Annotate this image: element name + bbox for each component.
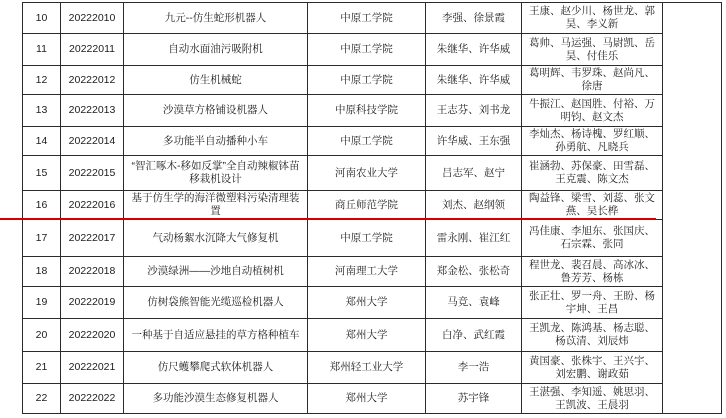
cell-no: 16 — [23, 191, 61, 220]
cell-university: 河南理工大学 — [308, 257, 426, 287]
cell-members: 程世龙、裴召晨、高冰冰、鲁芳芳、杨栋 — [522, 257, 663, 287]
table-row: 1120222011自动水面油污吸附机中原工学院朱继华、许华威葛帅、马运强、马尉… — [23, 34, 722, 66]
table-row: 1620222016基于仿生学的海洋微塑料污染清理装置商丘师范学院刘杰、赵纲领陶… — [23, 191, 722, 220]
project-table: 1020222010九元--仿生蛇形机器人中原工学院李强、徐景霞王康、赵少川、杨… — [22, 2, 722, 414]
cell-advisors: 吕志军、赵宁 — [426, 156, 522, 191]
cell-name: 沙漠绿洲——沙地自动植树机 — [124, 257, 308, 287]
cell-university: 郑州轻工业大学 — [308, 352, 426, 384]
cell-name: 基于仿生学的海洋微塑料污染清理装置 — [124, 191, 308, 220]
document-page: 1020222010九元--仿生蛇形机器人中原工学院李强、徐景霞王康、赵少川、杨… — [0, 0, 726, 418]
cell-members: 葛帅、马运强、马尉凯、岳昊、付佳乐 — [522, 34, 663, 66]
cell-id: 20222017 — [61, 220, 124, 257]
cell-members: 黄国豪、张株宇、王兴宇、刘宏鹏、谢政茹 — [522, 352, 663, 384]
cell-no: 13 — [23, 95, 61, 127]
cell-university: 中原工学院 — [308, 220, 426, 257]
cell-name: 九元--仿生蛇形机器人 — [124, 3, 308, 34]
cell-university: 郑州大学 — [308, 384, 426, 414]
cell-university: 中原工学院 — [308, 3, 426, 34]
project-table-body: 1020222010九元--仿生蛇形机器人中原工学院李强、徐景霞王康、赵少川、杨… — [23, 3, 722, 414]
cell-id: 20222013 — [61, 95, 124, 127]
cell-id: 20222018 — [61, 257, 124, 287]
cell-advisors: 郑金松、张松奇 — [426, 257, 522, 287]
cell-university: 商丘师范学院 — [308, 191, 426, 220]
cell-id: 20222016 — [61, 191, 124, 220]
cell-university: 河南农业大学 — [308, 156, 426, 191]
cell-name: 沙漠草方格铺设机器人 — [124, 95, 308, 127]
cell-advisors: 李一浩 — [426, 352, 522, 384]
cell-university: 中原工学院 — [308, 66, 426, 95]
cell-no: 14 — [23, 127, 61, 156]
cell-id: 20222012 — [61, 66, 124, 95]
cell-name: 气动杨絮水沉降大气修复机 — [124, 220, 308, 257]
cell-members: 葛明辉、韦罗珠、赵尚凡、徐唐 — [522, 66, 663, 95]
cell-name: 多功能半自动播种小车 — [124, 127, 308, 156]
cell-id: 20222015 — [61, 156, 124, 191]
cell-no: 20 — [23, 319, 61, 352]
table-row: 1220222012仿生机械蛇中原工学院朱继华、许华威葛明辉、韦罗珠、赵尚凡、徐… — [23, 66, 722, 95]
cell-no: 12 — [23, 66, 61, 95]
cell-no: 22 — [23, 384, 61, 414]
cell-name: 仿树袋熊智能光缆巡检机器人 — [124, 287, 308, 319]
table-row: 1420222014多功能半自动播种小车中原工学院许华威、王东强李灿杰、杨诗槐、… — [23, 127, 722, 156]
table-row: 1720222017气动杨絮水沉降大气修复机中原工学院雷永刚、崔江红冯佳康、李旭… — [23, 220, 722, 257]
cell-advisors: 马竞、袁峰 — [426, 287, 522, 319]
cell-advisors: 白净、武红霞 — [426, 319, 522, 352]
cell-members: 陶益锋、梁雪、刘蕊、张文燕、吴长桦 — [522, 191, 663, 220]
cell-members: 冯佳康、李旭东、张国庆、石宗霖、张同 — [522, 220, 663, 257]
cell-advisors: 朱继华、许华威 — [426, 34, 522, 66]
cell-members: 王康、赵少川、杨世龙、郭昊、李义新 — [522, 3, 663, 34]
table-row: 1320222013沙漠草方格铺设机器人中原科技学院王志芬、刘书龙牛振江、赵国胜… — [23, 95, 722, 127]
table-row: 2020222020一种基于自适应悬挂的草方格种植车郑州大学白净、武红霞王凯龙、… — [23, 319, 722, 352]
table-row: 1920222019仿树袋熊智能光缆巡检机器人郑州大学马竞、袁峰张正壮、罗一舟、… — [23, 287, 722, 319]
cell-advisors: 雷永刚、崔江红 — [426, 220, 522, 257]
cell-id: 20222020 — [61, 319, 124, 352]
cell-no: 19 — [23, 287, 61, 319]
red-underline-annotation — [0, 218, 656, 220]
cell-id: 20222022 — [61, 384, 124, 414]
table-row: 2220222022多功能沙漠生态修复机器人郑州大学苏宇锋王湛强、李知遥、姚思羽… — [23, 384, 722, 414]
cell-id: 20222010 — [61, 3, 124, 34]
cell-university: 中原工学院 — [308, 34, 426, 66]
cell-no: 17 — [23, 220, 61, 257]
cell-name: 仿生机械蛇 — [124, 66, 308, 95]
cell-university: 郑州大学 — [308, 319, 426, 352]
cell-id: 20222019 — [61, 287, 124, 319]
cell-advisors: 苏宇锋 — [426, 384, 522, 414]
cell-name: 一种基于自适应悬挂的草方格种植车 — [124, 319, 308, 352]
table-row: 1820222018沙漠绿洲——沙地自动植树机河南理工大学郑金松、张松奇程世龙、… — [23, 257, 722, 287]
cell-university: 中原科技学院 — [308, 95, 426, 127]
empty-column-cell — [663, 3, 722, 414]
cell-members: 王湛强、李知遥、姚思羽、王凯波、王晨羽 — [522, 384, 663, 414]
cell-members: 牛振江、赵国胜、付裕、万明钧、赵文杰 — [522, 95, 663, 127]
cell-members: 李灿杰、杨诗槐、罗红顺、孙勇航、凡晓兵 — [522, 127, 663, 156]
cell-name: 仿尺蠖攀爬式软体机器人 — [124, 352, 308, 384]
cell-no: 18 — [23, 257, 61, 287]
cell-advisors: 刘杰、赵纲领 — [426, 191, 522, 220]
cell-advisors: 许华威、王东强 — [426, 127, 522, 156]
cell-advisors: 王志芬、刘书龙 — [426, 95, 522, 127]
cell-name: 自动水面油污吸附机 — [124, 34, 308, 66]
cell-members: 崔涵勃、苏保豪、田雪磊、王克震、陈文杰 — [522, 156, 663, 191]
cell-name: “智汇啄木-移如反掌”全自动辣椒钵苗移栽机设计 — [124, 156, 308, 191]
cell-advisors: 朱继华、许华威 — [426, 66, 522, 95]
cell-id: 20222014 — [61, 127, 124, 156]
table-row: 1520222015“智汇啄木-移如反掌”全自动辣椒钵苗移栽机设计河南农业大学吕… — [23, 156, 722, 191]
cell-no: 15 — [23, 156, 61, 191]
cell-members: 张正壮、罗一舟、王盼、杨宇坤、王昌 — [522, 287, 663, 319]
cell-no: 10 — [23, 3, 61, 34]
cell-id: 20222011 — [61, 34, 124, 66]
table-row: 2120222021仿尺蠖攀爬式软体机器人郑州轻工业大学李一浩黄国豪、张株宇、王… — [23, 352, 722, 384]
cell-members: 王凯龙、陈鸿基、杨志聪、杨苡清、刘辰炜 — [522, 319, 663, 352]
table-row: 1020222010九元--仿生蛇形机器人中原工学院李强、徐景霞王康、赵少川、杨… — [23, 3, 722, 34]
cell-no: 21 — [23, 352, 61, 384]
cell-advisors: 李强、徐景霞 — [426, 3, 522, 34]
cell-no: 11 — [23, 34, 61, 66]
cell-name: 多功能沙漠生态修复机器人 — [124, 384, 308, 414]
cell-university: 中原工学院 — [308, 127, 426, 156]
cell-id: 20222021 — [61, 352, 124, 384]
cell-university: 郑州大学 — [308, 287, 426, 319]
